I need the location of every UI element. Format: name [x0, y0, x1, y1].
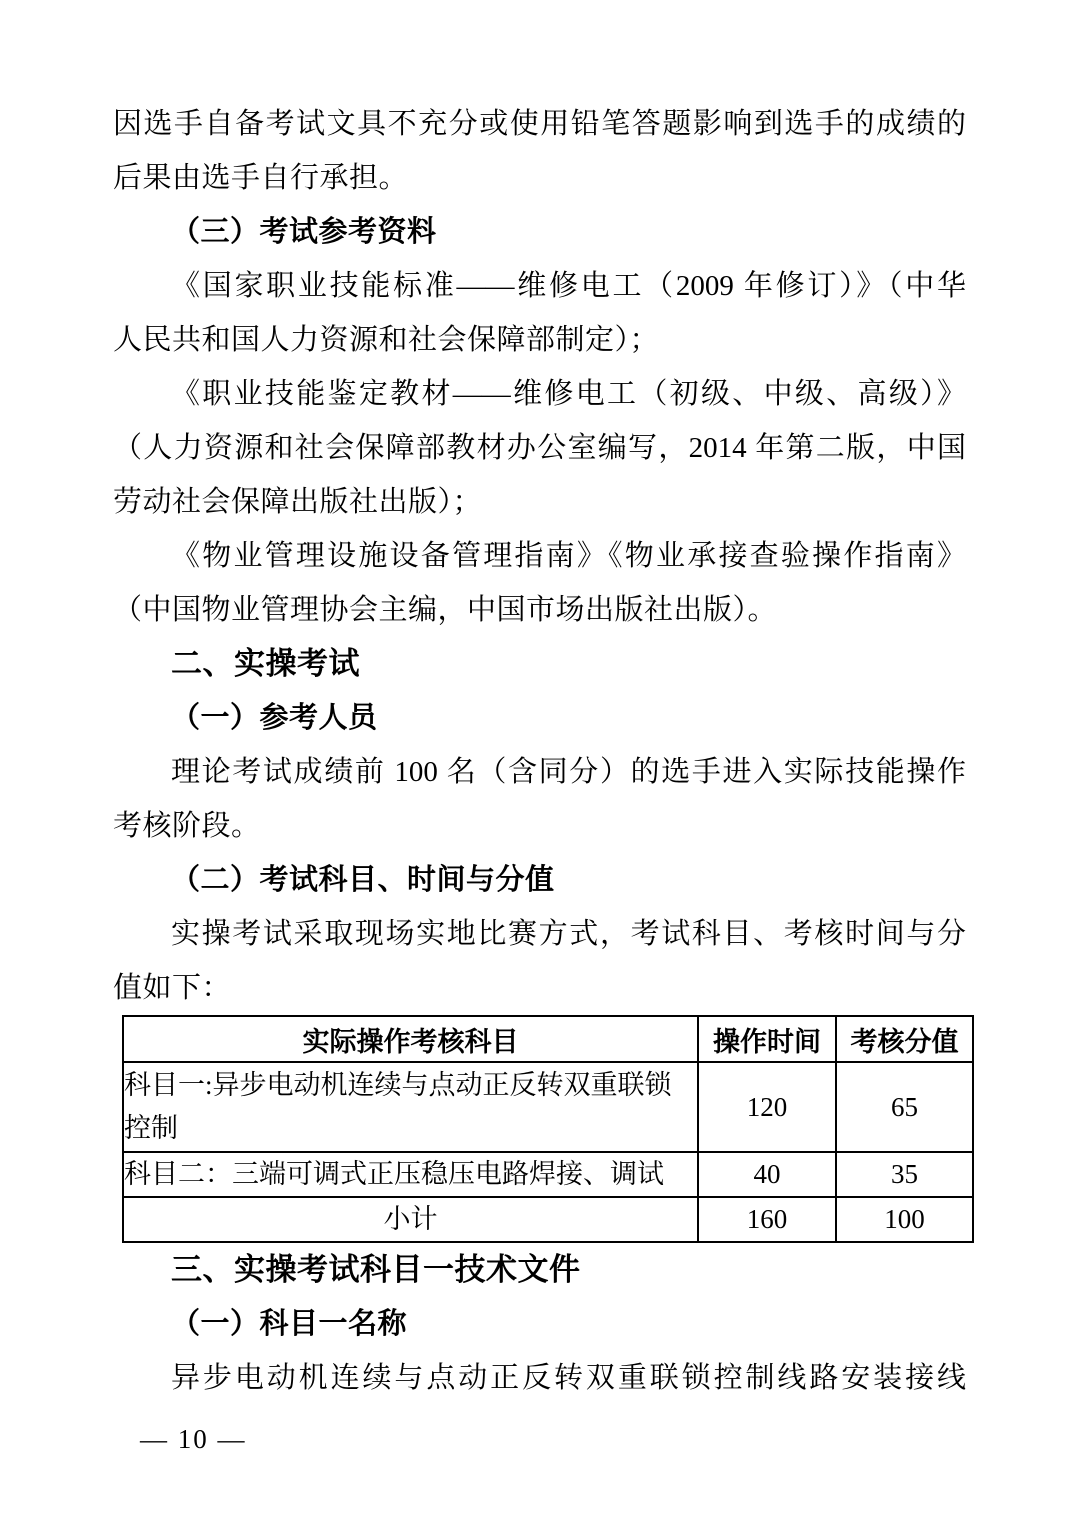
- body-line: 考核阶段。: [113, 799, 966, 853]
- body-line: （人力资源和社会保障部教材办公室编写，2014 年第二版，中国: [113, 421, 966, 475]
- sub-heading: （三）考试参考资料: [113, 205, 966, 259]
- cell-time: 40: [698, 1152, 836, 1197]
- body-line: 值如下：: [113, 961, 966, 1015]
- cell-score: 100: [836, 1197, 973, 1242]
- sub-heading: （一）科目一名称: [113, 1297, 966, 1351]
- body-line: 异步电动机连续与点动正反转双重联锁控制线路安装接线: [113, 1351, 966, 1405]
- body-line: 《职业技能鉴定教材——维修电工（初级、中级、高级）》: [113, 367, 966, 421]
- cell-subject: 科目一:异步电动机连续与点动正反转双重联锁 控制: [123, 1062, 698, 1152]
- page-content: 因选手自备考试文具不充分或使用铅笔答题影响到选手的成绩的 后果由选手自行承担。 …: [113, 97, 966, 1405]
- cell-subject: 小计: [123, 1197, 698, 1242]
- column-header-score: 考核分值: [836, 1016, 973, 1062]
- document-page: 因选手自备考试文具不充分或使用铅笔答题影响到选手的成绩的 后果由选手自行承担。 …: [0, 0, 1080, 1527]
- body-line: 劳动社会保障出版社出版）；: [113, 475, 966, 529]
- cell-score: 35: [836, 1152, 973, 1197]
- section-heading: 三、实操考试科目一技术文件: [113, 1243, 966, 1297]
- table-row-subtotal: 小计 160 100: [123, 1197, 973, 1242]
- body-line: 《物业管理设施设备管理指南》《物业承接查验操作指南》: [113, 529, 966, 583]
- cell-time: 120: [698, 1062, 836, 1152]
- section-heading: 二、实操考试: [113, 637, 966, 691]
- body-line: （中国物业管理协会主编，中国市场出版社出版）。: [113, 583, 966, 637]
- sub-heading: （二）考试科目、时间与分值: [113, 853, 966, 907]
- body-line: 实操考试采取现场实地比赛方式，考试科目、考核时间与分: [113, 907, 966, 961]
- cell-score: 65: [836, 1062, 973, 1152]
- body-line: 因选手自备考试文具不充分或使用铅笔答题影响到选手的成绩的: [113, 97, 966, 151]
- table-row: 科目二：三端可调式正压稳压电路焊接、调试 40 35: [123, 1152, 973, 1197]
- column-header-time: 操作时间: [698, 1016, 836, 1062]
- body-line: 人民共和国人力资源和社会保障部制定）；: [113, 313, 966, 367]
- exam-subjects-table: 实际操作考核科目 操作时间 考核分值 科目一:异步电动机连续与点动正反转双重联锁…: [122, 1015, 974, 1243]
- cell-subject: 科目二：三端可调式正压稳压电路焊接、调试: [123, 1152, 698, 1197]
- table-row: 科目一:异步电动机连续与点动正反转双重联锁 控制 120 65: [123, 1062, 973, 1152]
- sub-heading: （一）参考人员: [113, 691, 966, 745]
- cell-time: 160: [698, 1197, 836, 1242]
- column-header-subject: 实际操作考核科目: [123, 1016, 698, 1062]
- body-line: 理论考试成绩前 100 名（含同分）的选手进入实际技能操作: [113, 745, 966, 799]
- body-line: 《国家职业技能标准——维修电工（2009 年修订）》（中华: [113, 259, 966, 313]
- table-header-row: 实际操作考核科目 操作时间 考核分值: [123, 1016, 973, 1062]
- page-number: — 10 —: [140, 1424, 247, 1455]
- body-line: 后果由选手自行承担。: [113, 151, 966, 205]
